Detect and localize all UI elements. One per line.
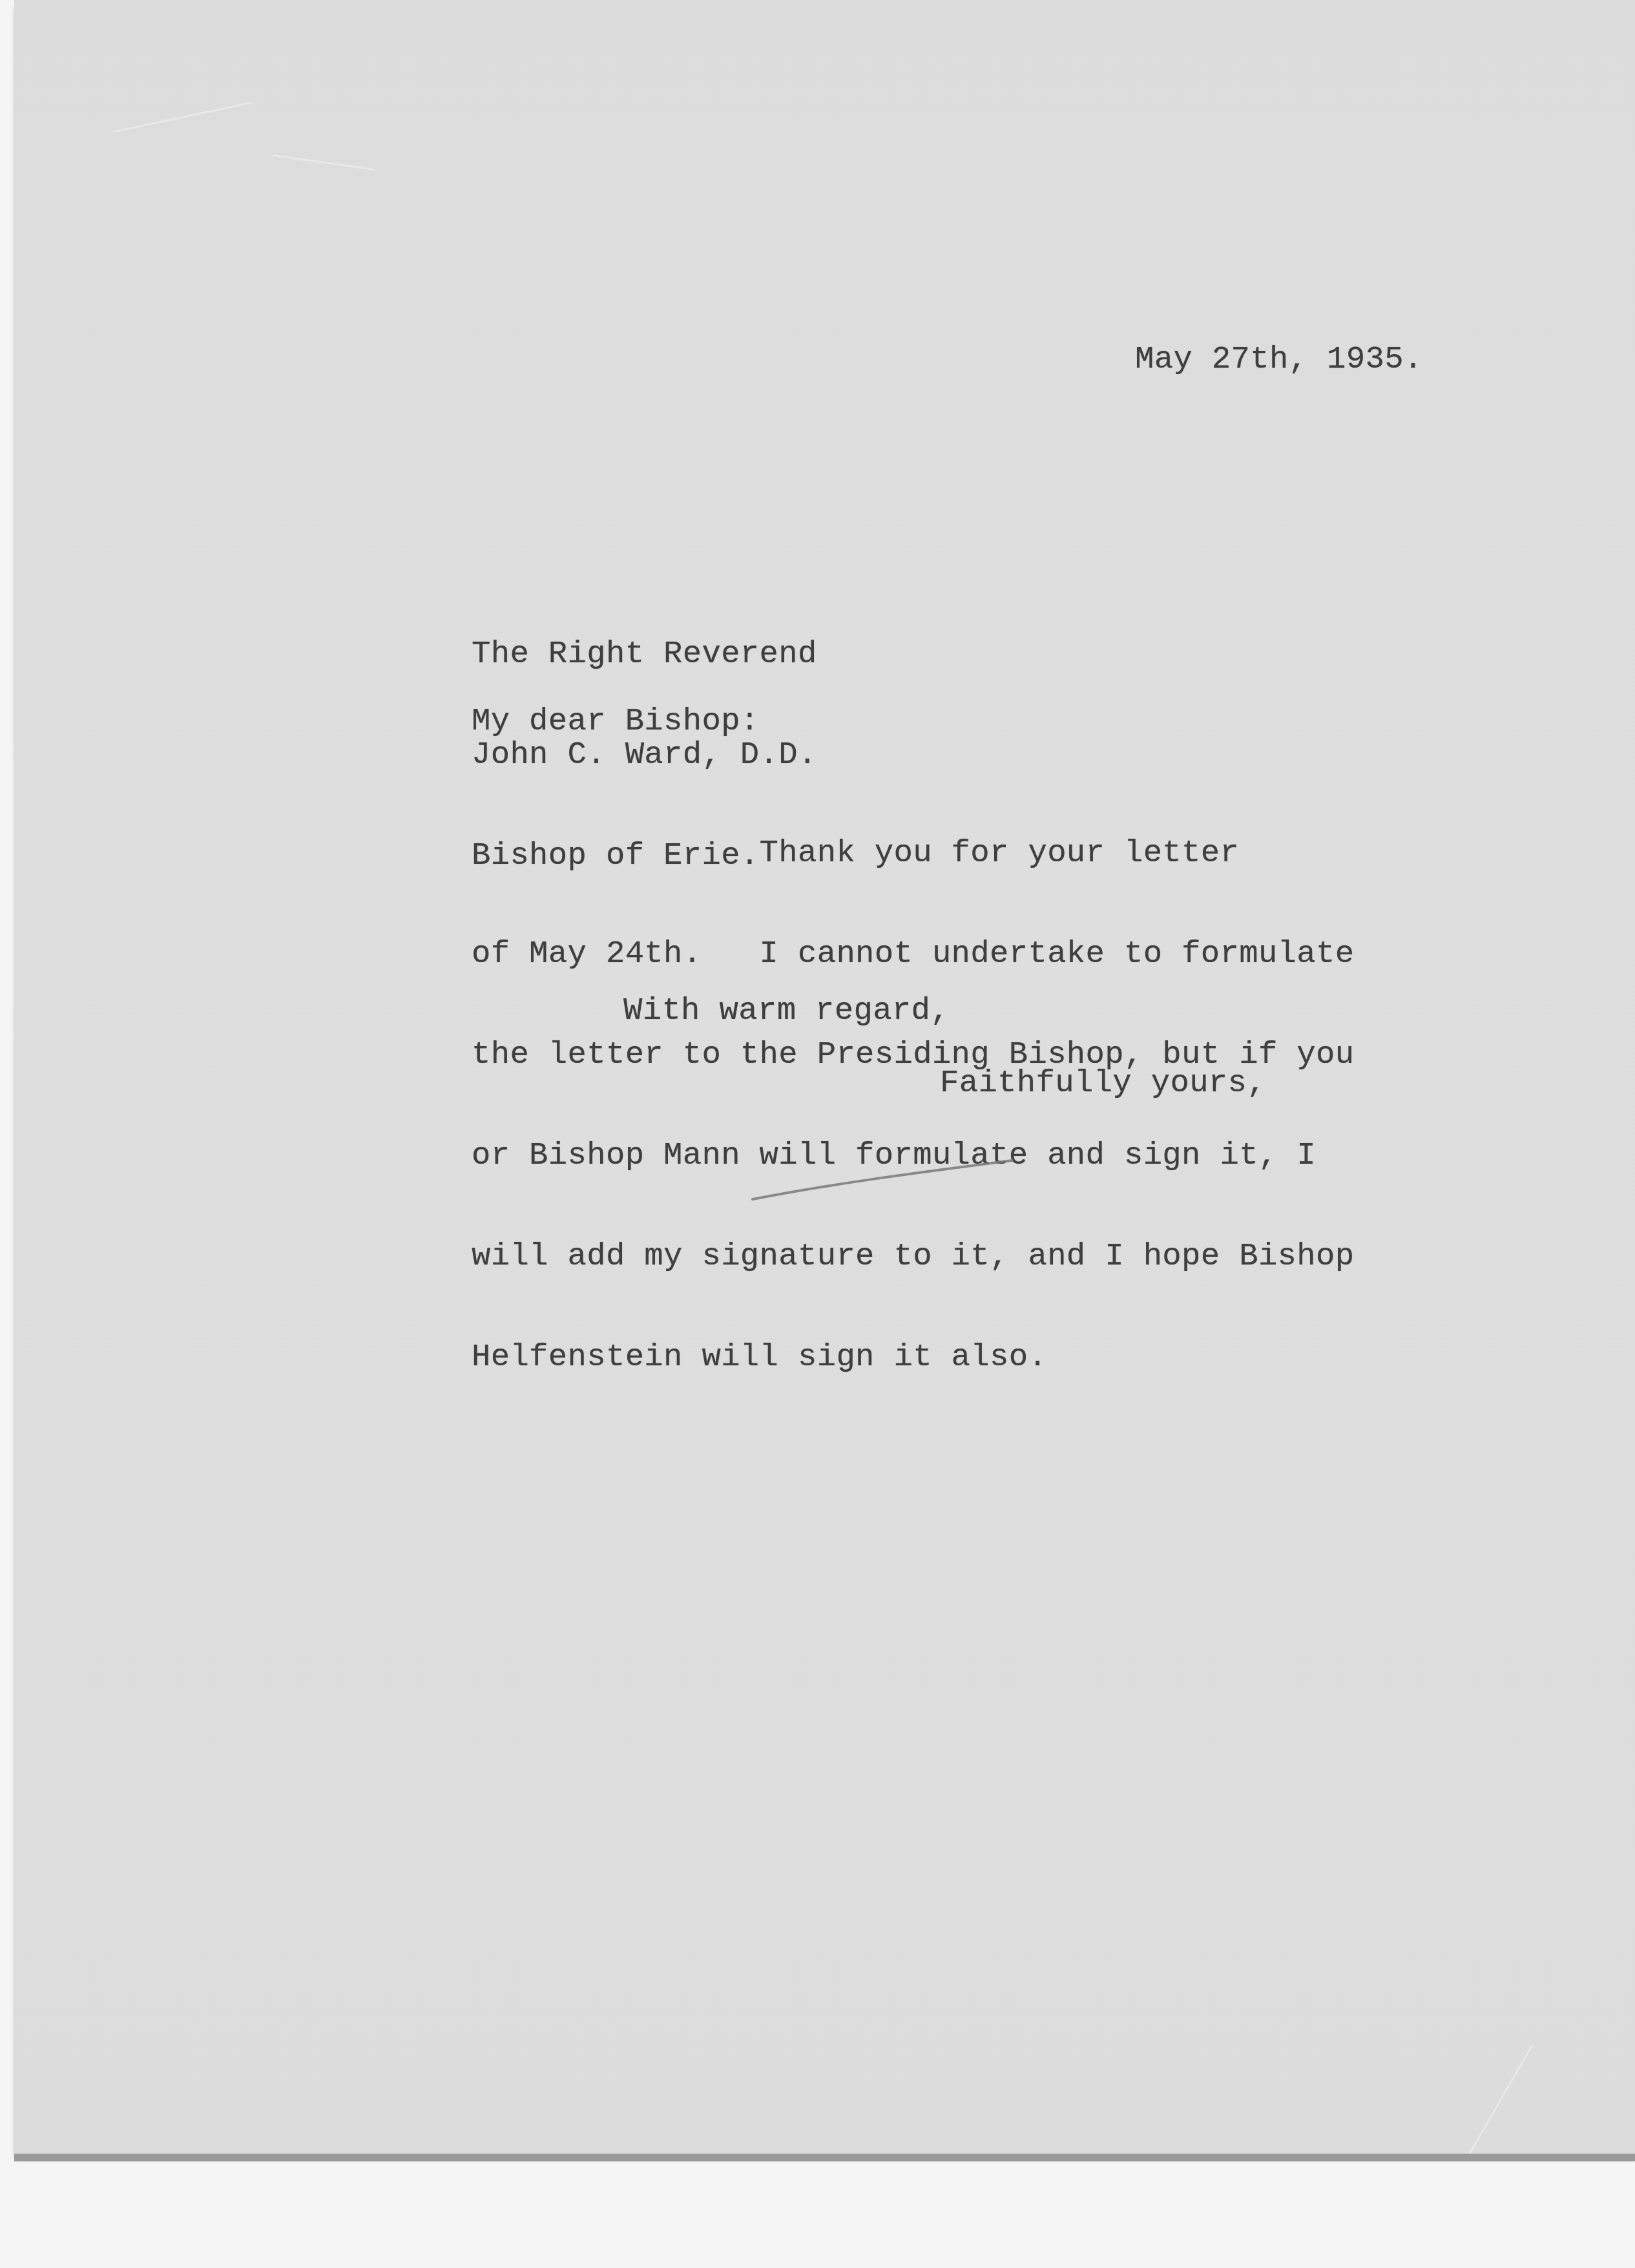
signature-pencil-stroke [0, 0, 1635, 2268]
